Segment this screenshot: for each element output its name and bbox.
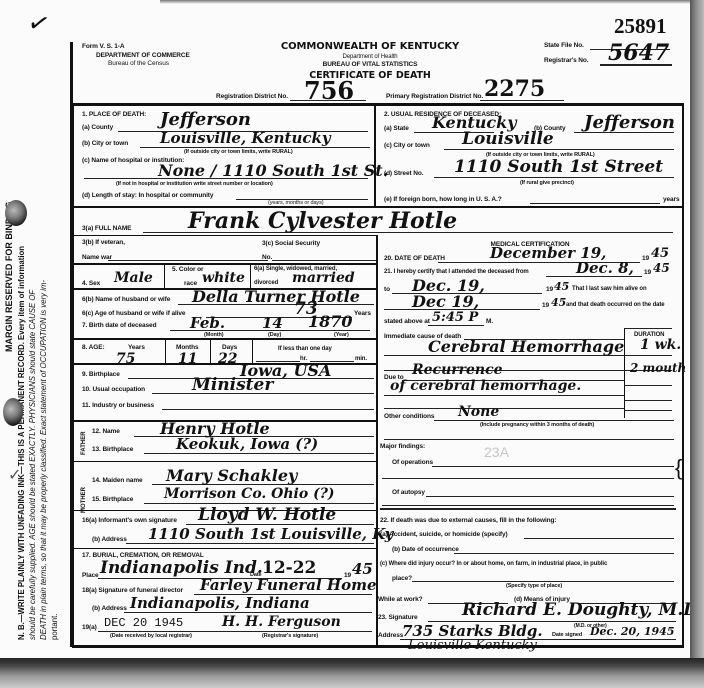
due-to-duration-value: 2 mouth [630, 361, 686, 375]
father-birthplace-label: 13. Birthplace [92, 446, 133, 453]
divider-age-years [165, 338, 166, 363]
ss-no-label: No. [262, 254, 272, 261]
check-mark-icon: ✓ [24, 6, 53, 42]
death-occurred-label: and that death occurred on the date [566, 302, 665, 308]
ss-line [272, 260, 376, 261]
spouse-age-unit: Years [354, 310, 371, 317]
duration-box-top [624, 328, 672, 329]
funeral-director-value: Farley Funeral Home [200, 576, 377, 594]
res-county-value: Jefferson [584, 112, 675, 133]
district-line [290, 100, 366, 101]
res-city-value: Louisville [462, 129, 554, 149]
pod-city-value: Louisville, Kentucky [160, 129, 331, 147]
binding-hole-bottom [3, 398, 23, 426]
instructions-line-1: N. B.—WRITE PLAINLY WITH UNFADING INK—TH… [17, 246, 27, 640]
form-number: Form V. S. 1-A [82, 43, 124, 50]
divider-birthplace [72, 363, 378, 365]
marital-label-2: divorced [254, 280, 278, 286]
check-mark-icon-small: ✓ [8, 465, 21, 485]
received-note: (Date received by local registrar) [110, 633, 192, 639]
operations-line-2 [382, 478, 674, 479]
autopsy-label: Of autopsy [392, 489, 425, 496]
accident-line [524, 538, 674, 539]
last-saw-year-value: 45 [551, 296, 566, 309]
primary-district-number: 2275 [484, 76, 545, 102]
color-value: white [202, 270, 245, 286]
received-label: 19(a) [82, 624, 97, 631]
occurrence-label: (b) Date of occurrence [392, 546, 459, 553]
sex-value: Male [114, 270, 153, 286]
director-address-value: Indianapolis, Indiana [130, 594, 310, 612]
dod-year-value: 45 [651, 246, 669, 261]
instructions-line-2: should be carefully supplied. AGE should… [28, 290, 38, 640]
birthplace-label: 9. Birthplace [82, 371, 120, 378]
birth-day-value: 14 [262, 314, 283, 332]
to-year-prefix: 19 [546, 286, 553, 293]
director-address-line [124, 612, 372, 613]
registrar-line [600, 64, 672, 66]
res-foreign-unit: years [663, 196, 680, 203]
department-label: DEPARTMENT OF COMMERCE [96, 52, 190, 59]
pod-county-label: (a) County [82, 124, 113, 131]
other-conditions-note: (Include pregnancy within 3 months of de… [480, 422, 594, 428]
full-name-label: 3(a) FULL NAME [82, 225, 131, 232]
father-name-label: 12. Name [92, 428, 120, 435]
occurrence-line [454, 553, 674, 554]
informant-label: 16(a) Informant's own signature [82, 517, 177, 524]
time-suffix: M. [486, 318, 493, 325]
spouse-age-label: 6(c) Age of husband or wife if alive [82, 310, 185, 317]
registration-district-label: Registration District No. [216, 93, 288, 100]
date-signed-value: Dec. 20, 1945 [590, 625, 674, 638]
place-label: place? [392, 575, 412, 582]
external-causes-heading: 22. If death was due to external causes,… [380, 517, 556, 524]
pod-hospital-note: (If not in hospital or institution write… [116, 181, 273, 187]
age-days-label: Days [222, 344, 237, 351]
mother-maiden-label: 14. Maiden name [92, 477, 143, 484]
primary-district-label: Primary Registration District No. [386, 93, 483, 100]
res-state-label: (a) State [384, 125, 409, 132]
occupation-label: 10. Usual occupation [82, 386, 145, 393]
accident-label: (a) Accident, suicide, or homicide (spec… [380, 531, 508, 538]
dod-year-prefix: 19 [642, 255, 649, 262]
divider-color-marital [250, 263, 251, 288]
state-file-label: State File No. [544, 42, 584, 49]
operations-line [432, 466, 674, 467]
informant-value: Lloyd W. Hotle [198, 505, 336, 525]
scan-shadow-bottom [0, 658, 704, 688]
occupation-value: Minister [192, 375, 273, 395]
physician-signature: Richard E. Doughty, M.D. [462, 600, 703, 620]
from-year-prefix: 19 [644, 269, 651, 276]
where-injury-label: (c) Where did injury occur? In or about … [380, 561, 607, 567]
frame-bottom [72, 645, 684, 647]
pod-city-note: (If outside city or town limits, write R… [184, 149, 293, 155]
scan-edge-top [160, 0, 704, 4]
spouse-label: 6(b) Name of husband or wife [82, 296, 170, 303]
binding-hole-top [5, 200, 27, 226]
pod-stay-label: (d) Length of stay: In hospital or commu… [82, 192, 213, 199]
registrar-no-label: Registrar's No. [544, 57, 588, 64]
bureau-label: Bureau of the Census [108, 60, 169, 67]
duration-line-3 [624, 385, 672, 386]
divider-mother [72, 461, 378, 462]
immediate-duration-value: 1 wk. [640, 337, 681, 353]
war-line [108, 260, 268, 261]
mother-birthplace-value: Morrison Co. Ohio (?) [164, 486, 335, 502]
pod-hospital-value: None / 1110 South 1st St. [158, 161, 388, 180]
industry-label: 11. Industry or business [82, 402, 154, 409]
duration-box-left [624, 328, 625, 418]
res-street-note: (If rural give precinct) [520, 180, 574, 186]
birth-month-value: Feb. [190, 314, 225, 332]
date-signed-label: Date signed [552, 632, 582, 638]
registrar-number: 5647 [608, 40, 669, 66]
less-than-day-label: If less than one day [278, 346, 332, 352]
full-name-value: Frank Cylvester Hotle [188, 208, 457, 234]
divider-age [72, 338, 378, 340]
certificate-stamp-number: 25891 [614, 14, 667, 39]
due-to-value-1: Recurrence [412, 362, 503, 378]
frame-top [72, 103, 684, 106]
burial-place-value: Indianapolis Ind. [100, 558, 263, 578]
divider-sex-color [164, 263, 165, 288]
veteran-label: 3(b) If veteran, [82, 239, 125, 246]
place-line [412, 581, 674, 582]
father-tag: FATHER [79, 431, 89, 455]
pod-stay-note: (years, months or days) [268, 200, 323, 206]
father-birthplace-line [144, 453, 374, 454]
while-at-work-label: While at work? [378, 596, 422, 603]
signature-label: 23. Signature [378, 614, 418, 621]
birth-date-label: 7. Birth date of deceased [82, 322, 156, 329]
bureau-vital-statistics: BUREAU OF VITAL STATISTICS [270, 61, 470, 68]
pod-city-label: (b) City or town [82, 140, 128, 147]
other-conditions-label: Other conditions [384, 413, 434, 420]
spouse-value: Della Turner Hotle [192, 287, 360, 306]
duration-line-4 [624, 400, 672, 401]
faint-mark: 23A [484, 444, 509, 460]
last-saw-year-prefix: 19 [542, 302, 549, 309]
immediate-cause-value: Cerebral Hemorrhage [428, 337, 624, 356]
time-value: 5:45 P [432, 310, 478, 325]
other-conditions-line [434, 420, 674, 421]
divider-burial [72, 548, 378, 549]
place-of-death-heading: 1. PLACE OF DEATH: [82, 111, 146, 118]
binding-margin: MARGIN RESERVED FOR BINDING N. B.—WRITE … [4, 40, 62, 660]
res-street-value: 1110 South 1st Street [454, 157, 663, 177]
registrar-note: (Registrar's signature) [262, 633, 318, 639]
pod-county-value: Jefferson [160, 109, 251, 130]
findings-line-top [384, 439, 674, 440]
certificate-title: CERTIFICATE OF DEATH [270, 70, 470, 81]
divider-age-days [252, 338, 253, 363]
due-to-line-2 [384, 395, 624, 396]
divider-age-months [210, 338, 211, 363]
registrar-signature: H. H. Ferguson [222, 614, 341, 630]
res-street-label: (d) Street No. [384, 170, 423, 177]
last-saw-label: That I last saw him alive on [572, 286, 647, 292]
color-label-2: race [184, 280, 197, 287]
father-birthplace-value: Keokuk, Iowa (?) [176, 435, 318, 453]
divider-top [374, 103, 376, 207]
frame-left [70, 102, 73, 647]
attended-label: 21. I hereby certify that I attended the… [384, 269, 529, 275]
commonwealth-title: COMMONWEALTH OF KENTUCKY [270, 41, 470, 52]
primary-line [480, 100, 564, 101]
pod-city-line [140, 147, 370, 148]
color-label-1: 5. Color or [172, 266, 203, 273]
funeral-director-label: 18(a) Signature of funeral director [82, 587, 183, 594]
divider-veteran [72, 235, 378, 236]
duration-line-5 [624, 410, 672, 411]
res-foreign-label: (e) If foreign born, how long in U. S. A… [384, 196, 502, 203]
age-label: 8. AGE: [82, 344, 105, 351]
date-of-death-label: 20. DATE OF DEATH [384, 255, 445, 262]
res-street-line [434, 177, 674, 178]
burial-date-value: 12-22 [262, 558, 316, 578]
mother-maiden-value: Mary Schakley [166, 466, 297, 485]
last-saw-value: Dec 19, [412, 292, 479, 311]
to-year-value: 45 [554, 280, 569, 293]
informant-address-line [126, 543, 374, 544]
age-years-label: Years [128, 344, 145, 351]
signer-address-label: Address [378, 632, 403, 639]
age-months-label: Months [176, 344, 199, 351]
due-to-value-2: of cerebral hemorrhage. [390, 378, 581, 394]
res-foreign-line [530, 203, 660, 204]
signer-address-line2: Louisville Kentucky [408, 638, 537, 653]
informant-address-value: 1110 South 1st Louisville, Ky [148, 525, 393, 543]
department-of-health: Department of Health [270, 54, 470, 60]
social-security-label: 3(c) Social Security [262, 240, 320, 247]
divider-external [380, 508, 676, 510]
received-line [98, 631, 372, 632]
autopsy-line-2 [382, 505, 674, 506]
director-address-label: (b) Address [92, 605, 127, 612]
divider-sex [72, 263, 378, 265]
mother-birthplace-label: 15. Birthplace [92, 496, 133, 503]
res-city-line [444, 149, 674, 150]
scan-shadow-right [690, 0, 704, 688]
bracket-mark: { [675, 455, 682, 481]
industry-line [162, 409, 374, 410]
duration-line-1 [624, 355, 672, 356]
time-label: stated above at [384, 318, 430, 325]
due-to-line-3 [384, 408, 624, 409]
res-city-label: (c) City or town [384, 142, 430, 149]
marital-value: married [292, 270, 355, 286]
autopsy-line [426, 496, 674, 497]
birth-year-value: 1870 [308, 312, 353, 331]
mother-birthplace-line [144, 503, 374, 504]
death-certificate-page: MARGIN RESERVED FOR BINDING N. B.—WRITE … [0, 0, 690, 688]
attended-to-label: to [384, 286, 390, 293]
instructions-line-4: portant. [50, 614, 60, 640]
received-date-stamp: DEC 20 1945 [104, 616, 183, 630]
informant-address-label: (b) Address [92, 536, 127, 543]
major-findings-label: Major findings: [380, 443, 425, 450]
place-note: (Specify type of place) [506, 583, 562, 589]
sex-label: 4. Sex [82, 280, 100, 287]
burial-place-label: Place [82, 572, 99, 579]
attended-from-value: Dec. 8, [576, 259, 634, 277]
time-line [428, 325, 484, 326]
other-conditions-value: None [458, 404, 499, 420]
operations-label: Of operations [392, 459, 433, 466]
min-label: min. [355, 356, 367, 362]
header-left-rule [70, 42, 73, 102]
instructions-line-3: DEATH in plain terms, so that it may be … [39, 280, 49, 640]
from-year-value: 45 [653, 261, 670, 275]
